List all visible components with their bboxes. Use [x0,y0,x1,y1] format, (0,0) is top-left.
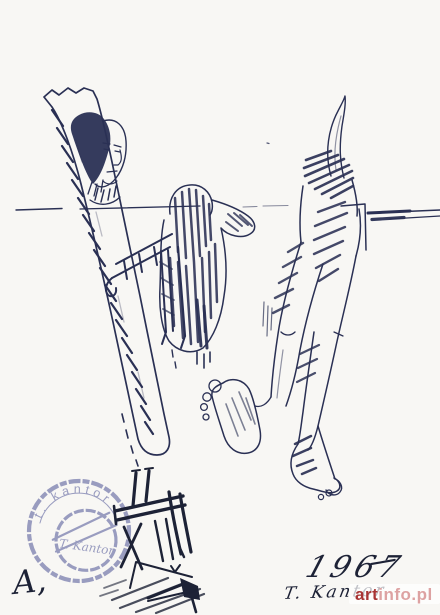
draped-figure-on-chair-sketch [106,185,255,368]
inscriptions: A, 1967 T. Kantor [8,550,409,604]
artwork-canvas: t. kantor T. Kantor A, 1967 T. Kantor a [0,0,440,615]
year-text: 1967 [301,550,409,585]
artwork-scan: t. kantor T. Kantor A, 1967 T. Kantor a [0,0,440,615]
hanging-legs-sketch [201,96,366,500]
edition-mark: A, [8,561,48,603]
watermark-bold-part: art [355,585,378,604]
artinfo-watermark: artinfo.pl [349,584,440,604]
ink-drawing [16,88,440,500]
watermark-text: artinfo.pl [355,585,433,604]
year-signature: 1967 [301,550,409,585]
stamp-center-signature: T. Kantor [58,536,116,558]
watermark-light-part: info.pl [378,585,432,604]
